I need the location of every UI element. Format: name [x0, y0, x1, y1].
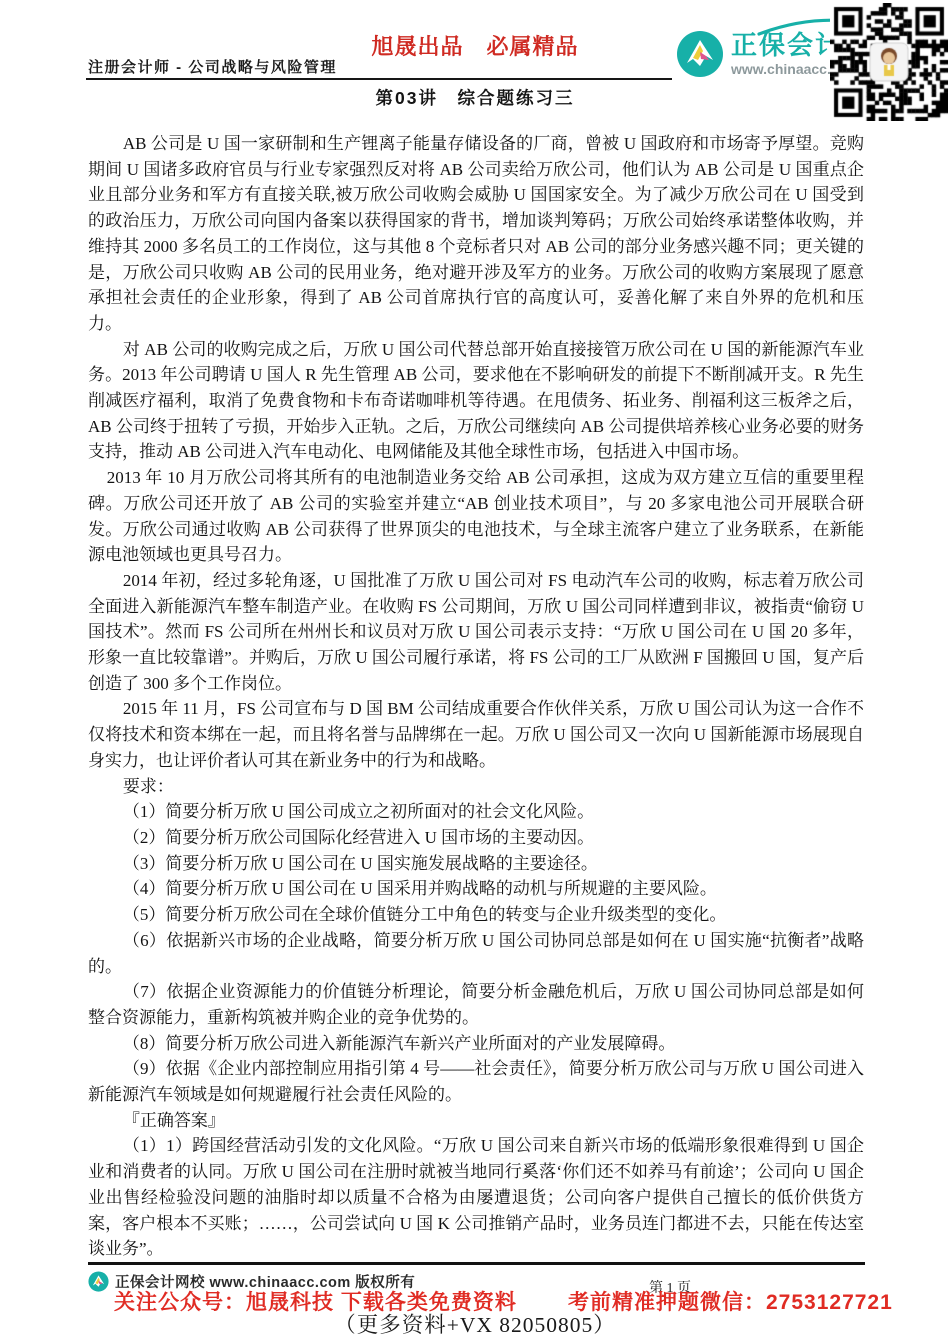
footer-promo-left: 关注公众号：旭晟科技 下载各类免费资料	[114, 1286, 517, 1316]
case-paragraph: 2014 年初，经过多轮角逐，U 国批准了万欣 U 国公司对 FS 电动汽车公司…	[88, 568, 864, 697]
brand-logo-icon	[676, 30, 724, 78]
requirement-item: （4）简要分析万欣 U 国公司在 U 国采用并购战略的动机与所规避的主要风险。	[88, 876, 864, 902]
document-page: 注册会计师 - 公司战略与风险管理 旭晟出品 必属精品 第03讲 综合题练习三 …	[0, 0, 950, 1344]
qr-code	[830, 3, 948, 121]
requirement-item: （7）依据企业资源能力的价值链分析理论，简要分析金融危机后，万欣 U 国公司协同…	[88, 979, 864, 1030]
answer-label: 『正确答案』	[88, 1108, 864, 1134]
requirement-item: （3）简要分析万欣 U 国公司在 U 国实施发展战略的主要途径。	[88, 851, 864, 877]
case-paragraph: 2013 年 10 月万欣公司将其所有的电池制造业务交给 AB 公司承担，这成为…	[88, 465, 864, 568]
lecture-title: 第03讲 综合题练习三	[0, 85, 950, 110]
answer-paragraph: （1）1）跨国经营活动引发的文化风险。“万欣 U 国公司来自新兴市场的低端形象很…	[88, 1133, 864, 1262]
requirement-item: （8）简要分析万欣公司进入新能源汽车新兴产业所面对的产业发展障碍。	[88, 1031, 864, 1057]
case-paragraph: 2015 年 11 月，FS 公司宣布与 D 国 BM 公司结成重要合作伙伴关系…	[88, 696, 864, 773]
header-course-title: 注册会计师 - 公司战略与风险管理	[88, 56, 337, 77]
requirement-item: （9）依据《企业内部控制应用指引第 4 号——社会责任》，简要分析万欣公司与万欣…	[88, 1056, 864, 1107]
footer-divider	[88, 1262, 865, 1265]
case-paragraph: 对 AB 公司的收购完成之后，万欣 U 国公司代替总部开始直接接管万欣公司在 U…	[88, 337, 864, 466]
footer-logo-icon	[88, 1271, 109, 1292]
requirement-item: （1）简要分析万欣 U 国公司成立之初所面对的社会文化风险。	[88, 799, 864, 825]
requirement-item: （6）依据新兴市场的企业战略，简要分析万欣 U 国公司协同总部是如何在 U 国实…	[88, 928, 864, 979]
requirements-label: 要求：	[88, 774, 864, 800]
document-body: AB 公司是 U 国一家研制和生产锂离子能量存储设备的厂商，曾被 U 国政府和市…	[88, 131, 864, 1262]
case-paragraph: AB 公司是 U 国一家研制和生产锂离子能量存储设备的厂商，曾被 U 国政府和市…	[88, 131, 864, 337]
requirement-item: （5）简要分析万欣公司在全球价值链分工中角色的转变与企业升级类型的变化。	[88, 902, 864, 928]
footer-promo-right: 考前精准押题微信：2753127721	[568, 1286, 893, 1316]
requirement-item: （2）简要分析万欣公司国际化经营进入 U 国市场的主要动因。	[88, 825, 864, 851]
